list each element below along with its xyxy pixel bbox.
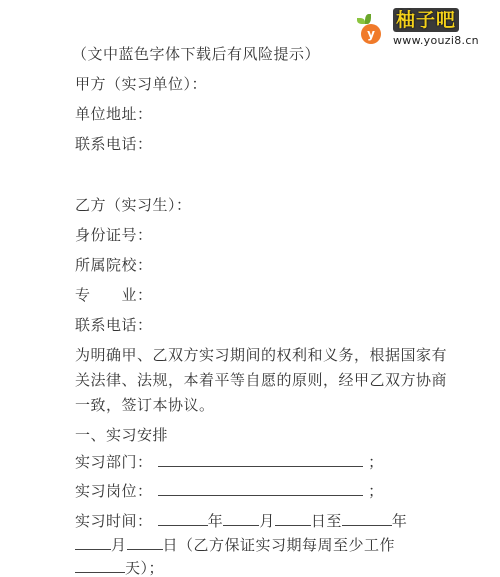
party-a-heading: 甲方（实习单位）： [75,74,207,94]
start-month-blank[interactable] [223,511,259,526]
time-row-3: 天）； [75,558,164,577]
month-label: 月 [259,512,275,530]
notice-text: （文中蓝色字体下载后有风险提示） [72,44,320,64]
end-day-blank[interactable] [127,535,163,550]
party-a-phone-label: 联系电话： [75,134,153,154]
party-b-major-label: 专 业： [75,285,153,305]
month-label: 月 [111,536,127,554]
time-row-1: 实习时间： 年月日至年 [75,511,407,531]
work-days-blank[interactable] [75,558,125,573]
preamble-line-2: 关法律、法规，本着平等自愿的原则，经甲乙双方协商 [75,370,447,390]
preamble-line-3: 一致，签订本协议。 [75,395,215,415]
days-suffix: 天）； [125,559,164,577]
party-b-heading: 乙方（实习生）： [75,195,192,215]
logo-url: www.youzi8.cn [393,34,479,47]
party-b-school-label: 所属院校： [75,255,153,275]
position-blank[interactable] [158,481,363,496]
end-month-blank[interactable] [75,535,111,550]
position-row: 实习岗位： ； [75,481,384,501]
year-label: 年 [208,512,224,530]
orange-logo-icon: y [361,24,381,44]
party-b-id-label: 身份证号： [75,225,153,245]
department-label: 实习部门： [75,453,153,471]
preamble-line-1: 为明确甲、乙双方实习期间的权利和义务，根据国家有 [75,345,447,365]
site-logo[interactable]: y 柚子吧 www.youzi8.cn [345,6,495,46]
party-b-phone-label: 联系电话： [75,315,153,335]
section-1-title: 一、实习安排 [75,425,168,445]
position-suffix: ； [368,482,384,500]
department-suffix: ； [368,453,384,471]
party-a-address-label: 单位地址： [75,104,153,124]
position-label: 实习岗位： [75,482,153,500]
start-year-blank[interactable] [158,511,208,526]
day-note-label: 日（乙方保证实习期每周至少工作 [163,536,396,554]
department-blank[interactable] [158,452,363,467]
day-to-label: 日至 [311,512,342,530]
end-year-blank[interactable] [342,511,392,526]
leaf-icon [365,14,371,24]
start-day-blank[interactable] [275,511,311,526]
department-row: 实习部门： ； [75,452,384,472]
leaf-icon [357,18,365,24]
year-label: 年 [392,512,408,530]
time-row-2: 月日（乙方保证实习期每周至少工作 [75,535,395,555]
time-label: 实习时间： [75,512,153,530]
logo-title: 柚子吧 [393,8,459,32]
